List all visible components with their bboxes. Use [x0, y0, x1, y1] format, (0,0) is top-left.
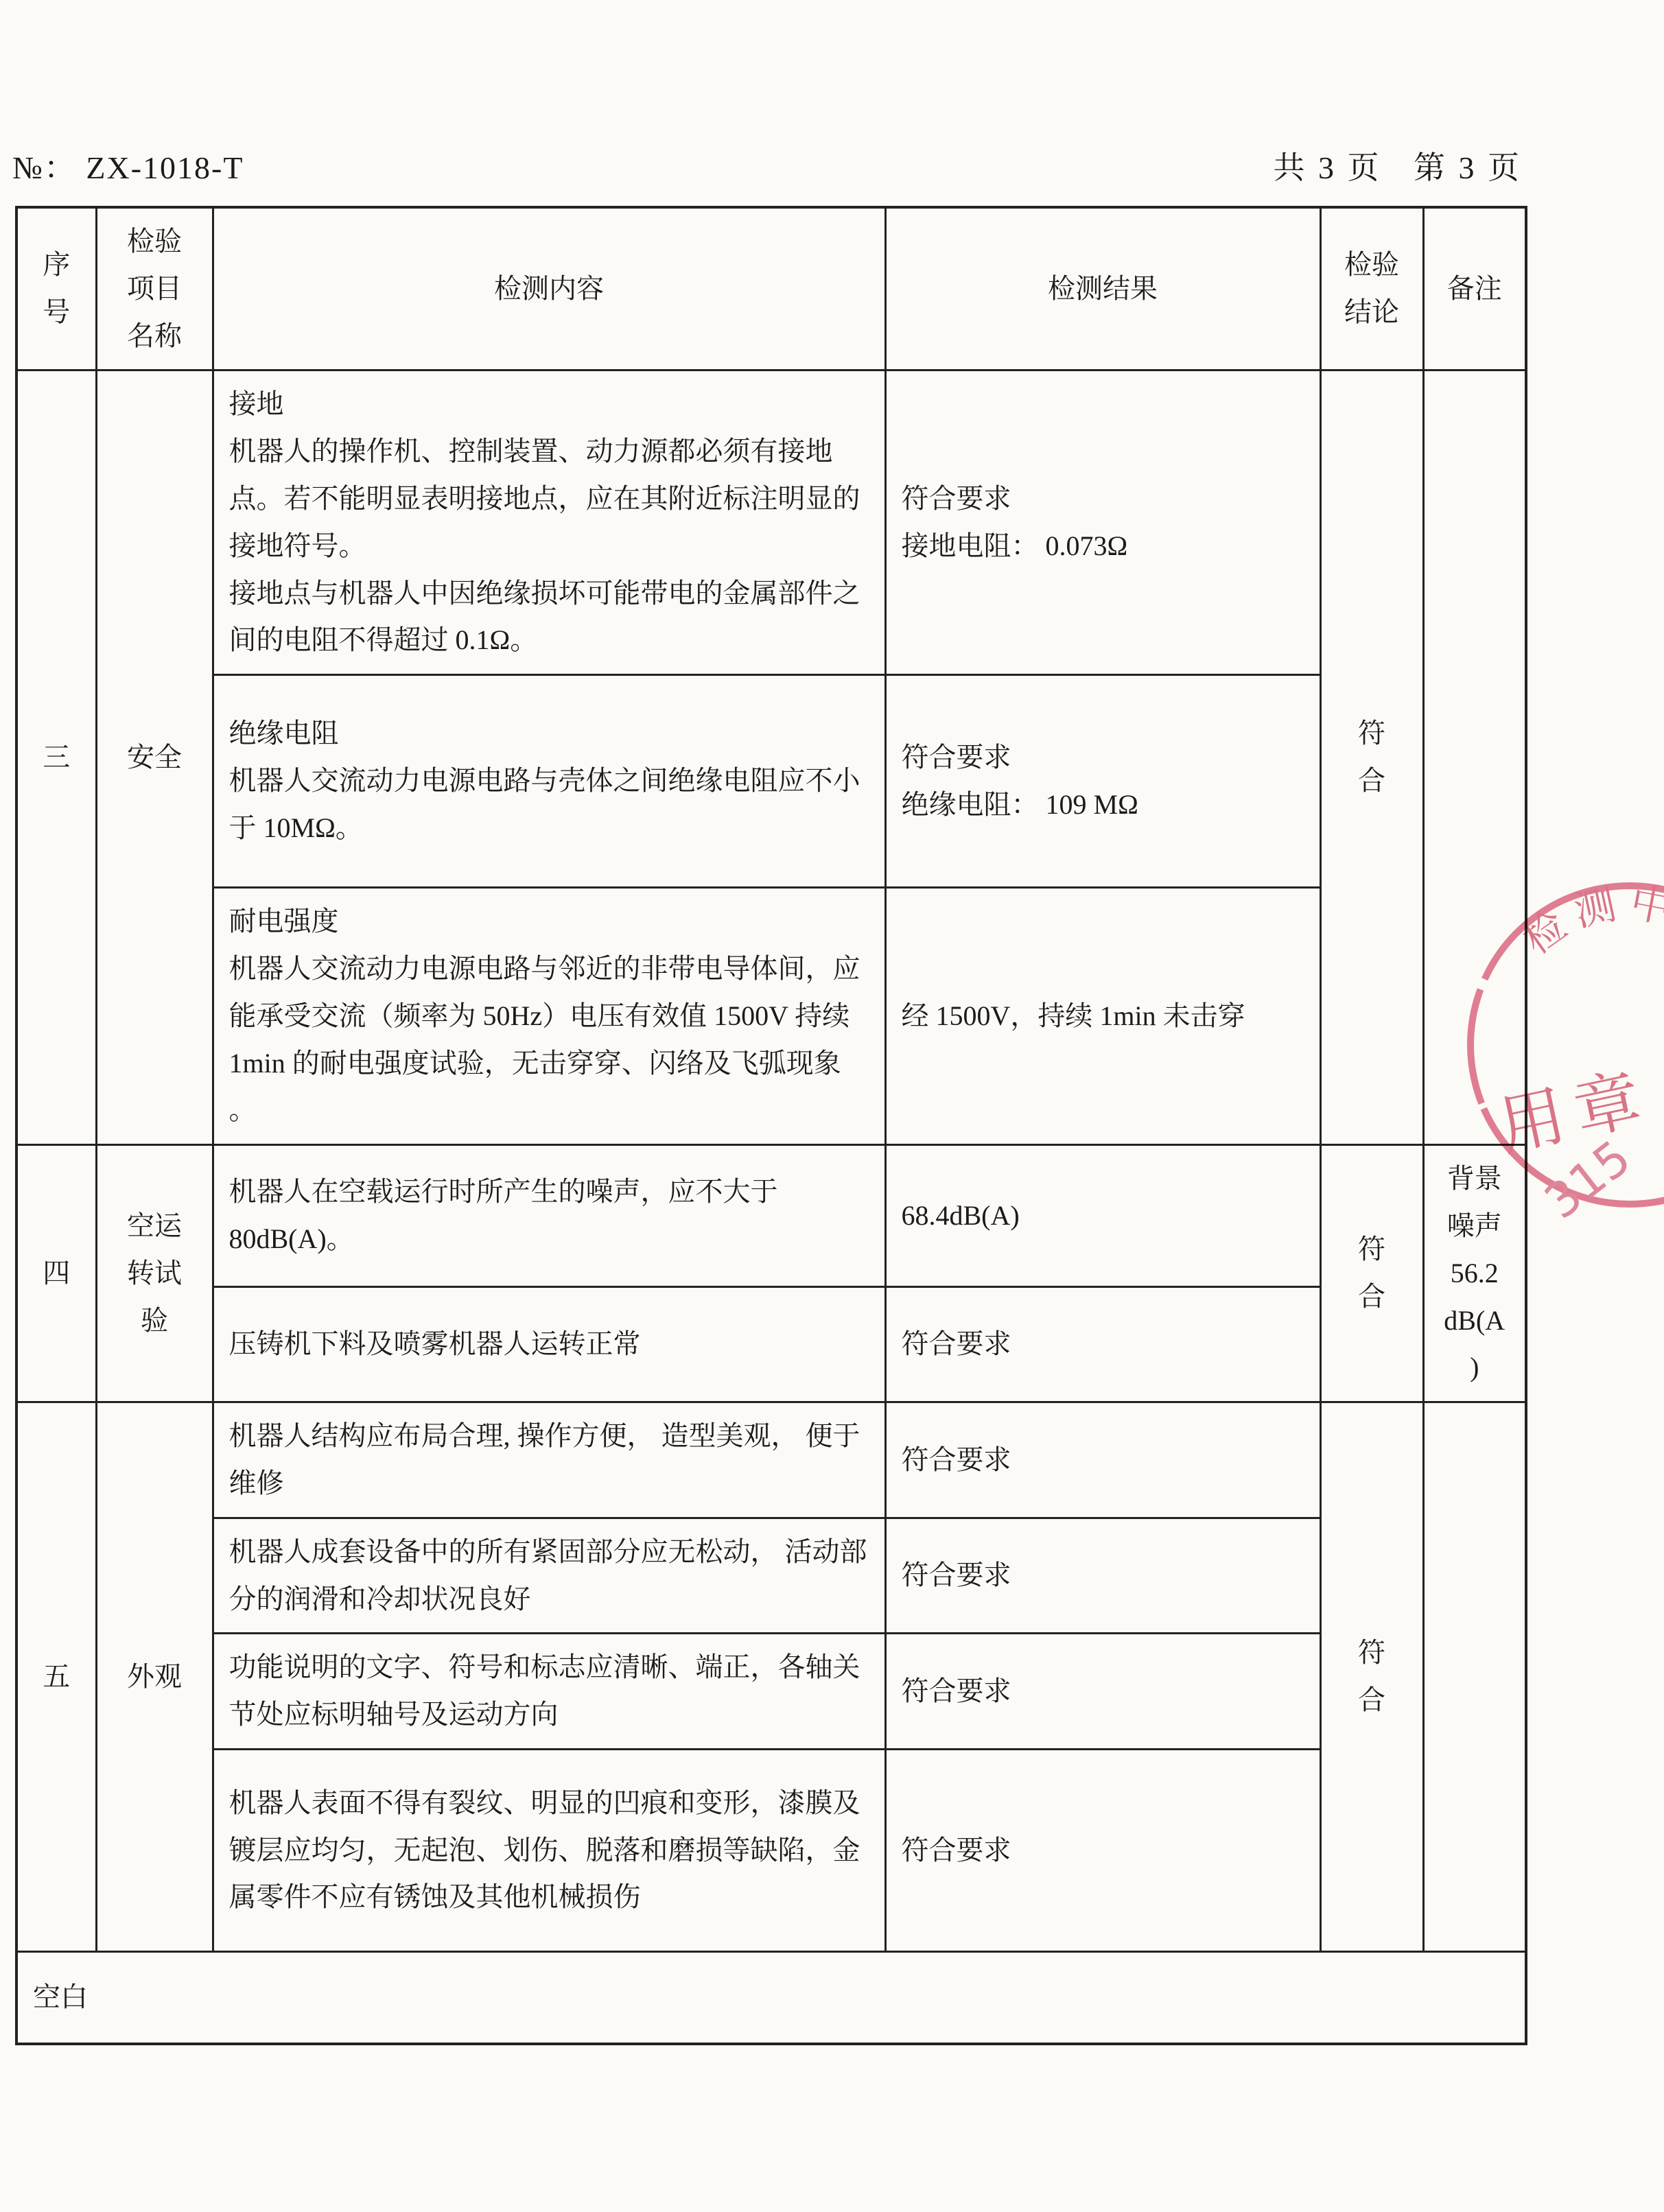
- item-cell: 安全: [96, 370, 213, 1145]
- content-cell: 压铸机下料及喷雾机器人运转正常: [213, 1287, 885, 1402]
- inspection-table: 序 号 检验 项目 名称 检测内容 检测结果 检验 结论 备注 三 安全 接地 …: [15, 206, 1527, 2045]
- remark-cell: 背景 噪声 56.2 dB(A ): [1423, 1145, 1526, 1402]
- item-cell: 空运 转试 验: [96, 1145, 213, 1402]
- seq-cell: 三: [16, 370, 96, 1145]
- item-cell: 外观: [96, 1402, 213, 1952]
- seq-cell: 五: [16, 1402, 96, 1952]
- remark-cell: [1423, 1402, 1526, 1952]
- svg-text:检测中心: 检测中心: [1509, 860, 1664, 1001]
- content-cell: 机器人在空载运行时所产生的噪声，应不大于 80dB(A)。: [213, 1145, 885, 1287]
- conclusion-cell: 符 合: [1320, 1402, 1423, 1952]
- table-row: 机器人表面不得有裂纹、明显的凹痕和变形，漆膜及镀层应均匀，无起泡、划伤、脱落和磨…: [16, 1749, 1526, 1951]
- conclusion-cell: 符 合: [1320, 370, 1423, 1145]
- result-cell: 符合要求: [885, 1518, 1320, 1634]
- result-cell: 符合要求: [885, 1287, 1320, 1402]
- document-number: №： ZX-1018-T: [12, 143, 244, 188]
- seq-cell: 四: [16, 1145, 96, 1402]
- content-cell: 机器人成套设备中的所有紧固部分应无松动， 活动部分的润滑和冷却状况良好: [213, 1518, 885, 1634]
- table-row: 功能说明的文字、符号和标志应清晰、端正，各轴关节处应标明轴号及运动方向 符合要求: [16, 1634, 1526, 1750]
- table-header-row: 序 号 检验 项目 名称 检测内容 检测结果 检验 结论 备注: [16, 207, 1526, 370]
- col-header-content: 检测内容: [213, 207, 885, 370]
- col-header-remark: 备注: [1423, 207, 1526, 370]
- result-cell: 68.4dB(A): [885, 1145, 1320, 1287]
- report-page: №： ZX-1018-T 共 3 页 第 3 页 序 号 检验 项目 名称 检测…: [0, 0, 1664, 2212]
- content-cell: 机器人表面不得有裂纹、明显的凹痕和变形，漆膜及镀层应均匀，无起泡、划伤、脱落和磨…: [213, 1749, 885, 1951]
- conclusion-cell: 符 合: [1320, 1145, 1423, 1402]
- page-header: №： ZX-1018-T 共 3 页 第 3 页: [12, 143, 1522, 188]
- table-row: 压铸机下料及喷雾机器人运转正常 符合要求: [16, 1287, 1526, 1402]
- content-cell: 绝缘电阻 机器人交流动力电源电路与壳体之间绝缘电阻应不小于 10MΩ。: [213, 675, 885, 888]
- table-row: 四 空运 转试 验 机器人在空载运行时所产生的噪声，应不大于 80dB(A)。 …: [16, 1145, 1526, 1287]
- result-cell: 符合要求: [885, 1634, 1320, 1750]
- col-header-result: 检测结果: [885, 207, 1320, 370]
- result-cell: 符合要求: [885, 1749, 1320, 1951]
- content-cell: 接地 机器人的操作机、控制装置、动力源都必须有接地点。若不能明显表明接地点，应在…: [213, 370, 885, 675]
- content-cell: 功能说明的文字、符号和标志应清晰、端正，各轴关节处应标明轴号及运动方向: [213, 1634, 885, 1750]
- result-cell: 符合要求 接地电阻： 0.073Ω: [885, 370, 1320, 675]
- page-count: 共 3 页 第 3 页: [1274, 143, 1523, 188]
- content-cell: 耐电强度 机器人交流动力电源电路与邻近的非带电导体间，应能承受交流（频率为 50…: [213, 888, 885, 1145]
- col-header-item: 检验 项目 名称: [96, 207, 213, 370]
- table-row: 三 安全 接地 机器人的操作机、控制装置、动力源都必须有接地点。若不能明显表明接…: [16, 370, 1526, 675]
- result-cell: 经 1500V，持续 1min 未击穿: [885, 888, 1320, 1145]
- table-row: 绝缘电阻 机器人交流动力电源电路与壳体之间绝缘电阻应不小于 10MΩ。 符合要求…: [16, 675, 1526, 888]
- remark-cell: [1423, 370, 1526, 1145]
- stamp-number: 315: [1534, 1129, 1641, 1230]
- table-row: 五 外观 机器人结构应布局合理, 操作方便， 造型美观， 便于维修 符合要求 符…: [16, 1402, 1526, 1518]
- col-header-seq: 序 号: [16, 207, 96, 370]
- table-row: 空白: [16, 1951, 1526, 2044]
- table-row: 耐电强度 机器人交流动力电源电路与邻近的非带电导体间，应能承受交流（频率为 50…: [16, 888, 1526, 1145]
- table-row: 机器人成套设备中的所有紧固部分应无松动， 活动部分的润滑和冷却状况良好 符合要求: [16, 1518, 1526, 1634]
- stamp-arc-text: 检测中心: [1509, 860, 1664, 1001]
- blank-row-label: 空白: [16, 1951, 1526, 2044]
- result-cell: 符合要求 绝缘电阻： 109 MΩ: [885, 675, 1320, 888]
- col-header-conclusion: 检验 结论: [1320, 207, 1423, 370]
- result-cell: 符合要求: [885, 1402, 1320, 1518]
- content-cell: 机器人结构应布局合理, 操作方便， 造型美观， 便于维修: [213, 1402, 885, 1518]
